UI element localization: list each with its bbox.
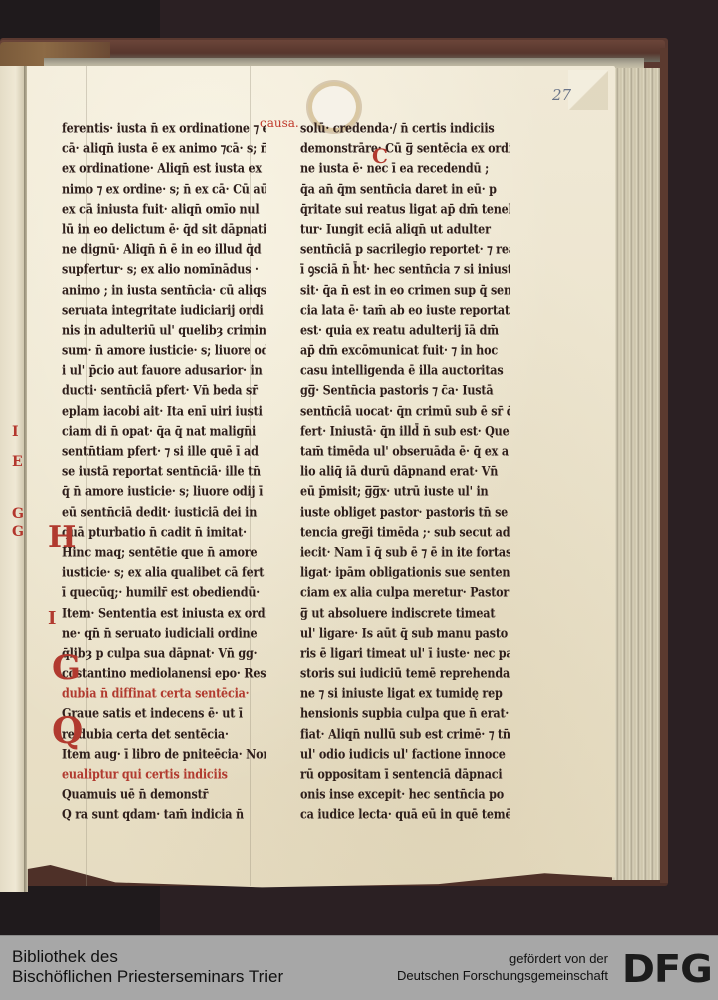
- decorated-initial-q: Q: [52, 710, 83, 752]
- verso-page-edge: I E G G: [0, 66, 26, 892]
- verso-rubric-mark: G: [12, 524, 24, 540]
- decorated-initial-h: H: [48, 520, 76, 555]
- library-name: Bibliothek des Bischöflichen Priestersem…: [12, 947, 283, 987]
- funding-line2: Deutschen Forschungsgemeinschaft: [397, 967, 608, 984]
- verso-rubric-mark: I: [12, 424, 19, 440]
- decorated-initial-g: G: [52, 648, 81, 688]
- decorated-initial-c: C: [372, 144, 388, 168]
- library-name-line1: Bibliothek des: [12, 947, 283, 967]
- funding-credit: gefördert von der Deutschen Forschungsge…: [397, 950, 608, 984]
- decorated-initial-i: I: [48, 608, 56, 629]
- text-column-right: solū· credenda·/ n̄ certis indiciisdemon…: [300, 118, 510, 825]
- book-cover-fore-edge: [660, 48, 668, 883]
- verso-rubric-mark: E: [12, 454, 23, 470]
- folded-corner: [568, 70, 608, 110]
- page-stack-fore-edge: [612, 68, 662, 880]
- folio-number: 27: [552, 86, 571, 104]
- dfg-logo: DFG: [622, 950, 712, 988]
- manuscript-line: ca iudice lecta· quā eū in quē temē: [300, 803, 510, 825]
- manuscript-viewer[interactable]: I E G G 27 causa. ferentis· iusta n̄ ex …: [0, 0, 718, 935]
- text-column-left: ferentis· iusta n̄ ex ordinatione ⁊ excā…: [62, 118, 266, 825]
- funding-line1: gefördert von der: [397, 950, 608, 967]
- footer-bar: Bibliothek des Bischöflichen Priestersem…: [0, 935, 718, 1000]
- library-name-line2: Bischöflichen Priesterseminars Trier: [12, 967, 283, 987]
- verso-rubric-mark: G: [12, 506, 24, 522]
- manuscript-line: Q ra sunt qdam· tam̄ indicia n̄: [62, 803, 266, 825]
